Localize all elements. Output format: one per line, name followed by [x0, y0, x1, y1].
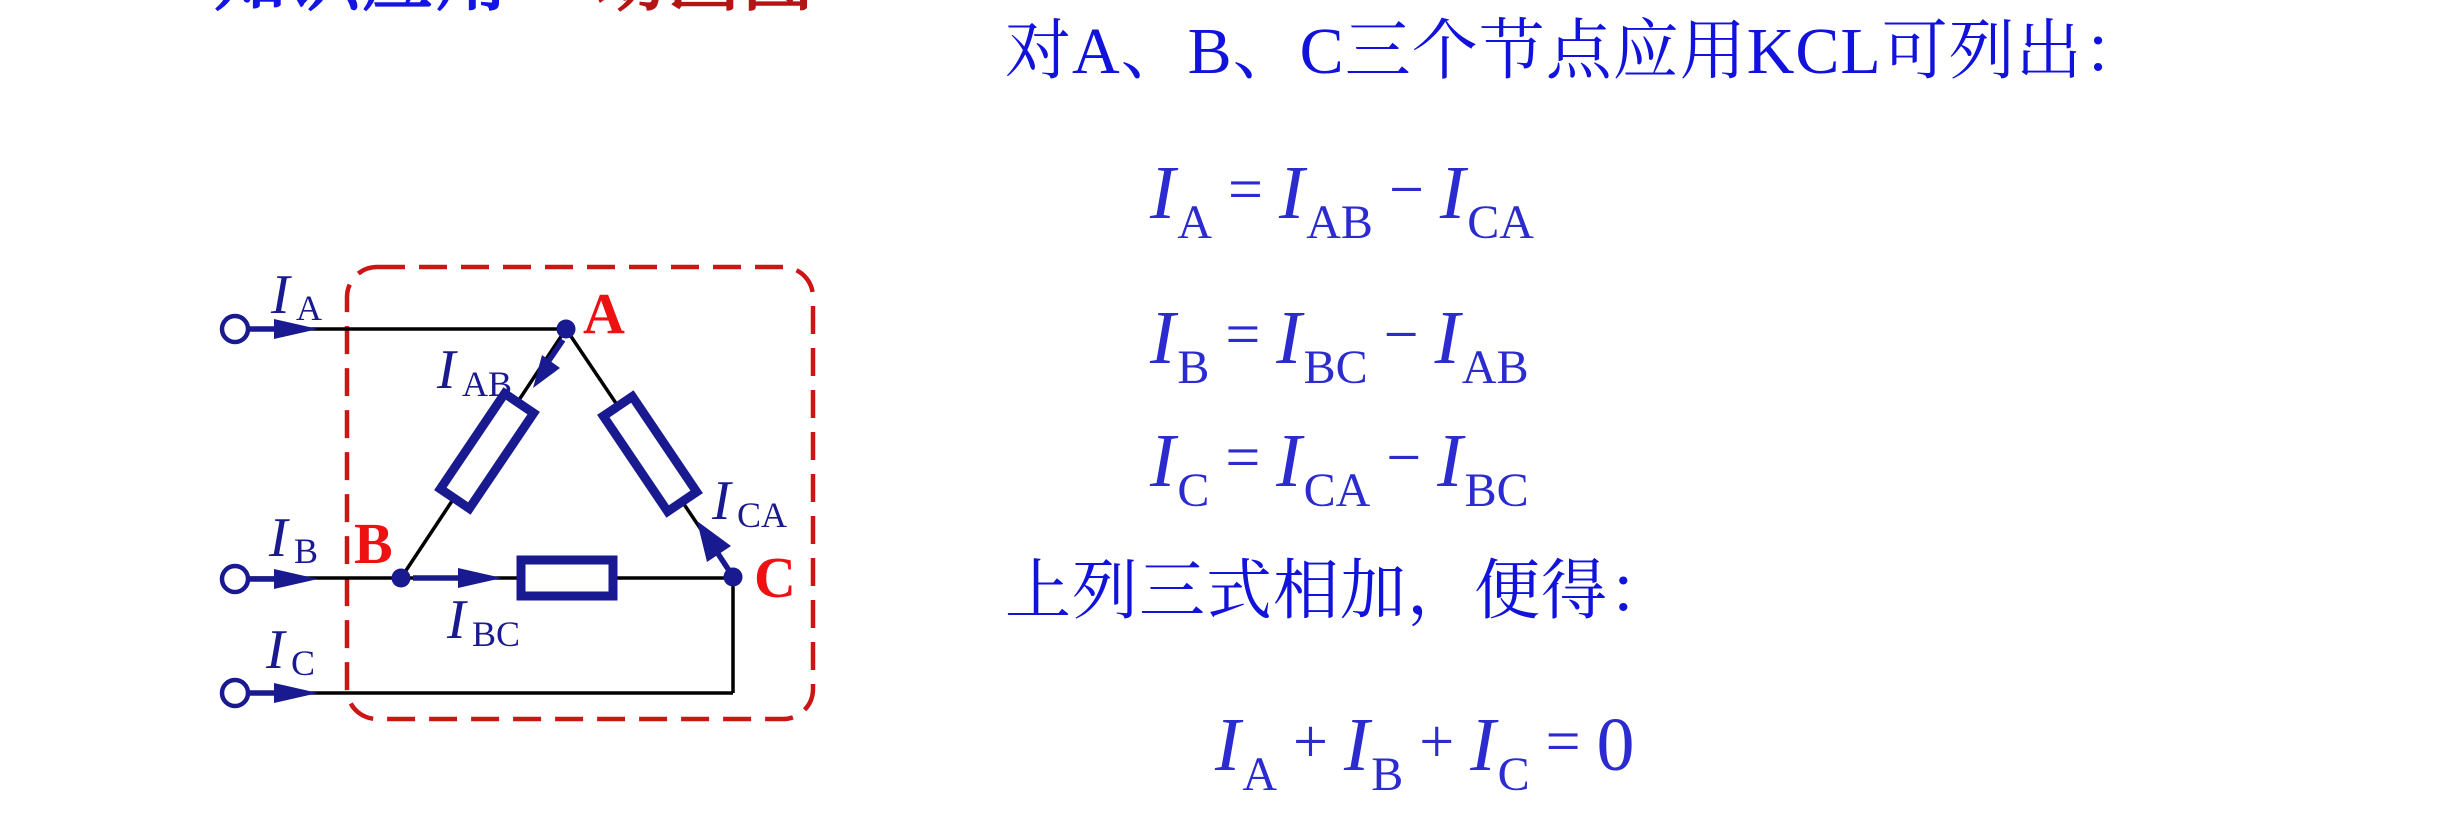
label-ib-sub: B — [294, 531, 318, 571]
eq2-i2: I — [1276, 295, 1301, 382]
sum-intro-text: 上列三式相加，便得： — [1005, 548, 1675, 635]
resistor-bc — [521, 560, 613, 596]
sum-s2: B — [1371, 747, 1403, 802]
sum-rhs: 0 — [1597, 702, 1635, 789]
kcl-intro-text: 对A、B、C三个节点应用KCL可列出： — [1005, 8, 2150, 95]
eq3-s2: CA — [1304, 463, 1371, 518]
eq1-s3: CA — [1467, 195, 1534, 250]
eq2-i1: I — [1150, 295, 1175, 382]
label-ic-sub: C — [291, 643, 315, 683]
sum-i3: I — [1470, 702, 1495, 789]
label-ic-base: I — [265, 619, 287, 681]
slide: 知识应用动画图 — [0, 0, 2448, 828]
eq1-op2: − — [1389, 155, 1424, 226]
eq3-i3: I — [1437, 418, 1462, 505]
eq2-op2: − — [1384, 300, 1419, 371]
page-title-text: 知识应用动画图 — [214, 0, 816, 16]
terminal-b — [222, 566, 248, 592]
page-title-red: 动画图 — [594, 0, 816, 17]
label-ibc-sub: BC — [472, 614, 520, 654]
kcl-equation-ic: IC=ICA−IBC — [1150, 418, 1529, 505]
label-ibc-base: I — [446, 589, 468, 651]
eq1-i1: I — [1150, 150, 1175, 237]
eq3-op2: − — [1386, 423, 1421, 494]
node-dot-c — [724, 568, 743, 587]
eq1-s1: A — [1177, 195, 1212, 250]
terminal-c — [222, 680, 248, 706]
eq3-op1: = — [1225, 423, 1260, 494]
delta-load-dashed-box — [347, 267, 813, 719]
label-iab-sub: AB — [462, 364, 512, 404]
label-ia-sub: A — [296, 288, 322, 328]
eq1-i2: I — [1279, 150, 1304, 237]
sum-i2: I — [1344, 702, 1369, 789]
kcl-sum-equation: IA+IB+IC=0 — [1215, 702, 1635, 789]
node-label-c: C — [754, 545, 796, 610]
sum-s1: A — [1242, 747, 1277, 802]
page-title: 知识应用动画图 — [0, 0, 1100, 17]
eq1-i3: I — [1440, 150, 1465, 237]
eq1-op1: = — [1228, 155, 1263, 226]
eq2-op1: = — [1225, 300, 1260, 371]
eq2-i3: I — [1435, 295, 1460, 382]
eq2-s2: BC — [1304, 340, 1368, 395]
eq2-s1: B — [1177, 340, 1209, 395]
sum-i1: I — [1215, 702, 1240, 789]
eq3-s1: C — [1177, 463, 1209, 518]
label-ica-sub: CA — [737, 495, 787, 535]
arrow-ic-head-icon — [274, 683, 318, 703]
page-title-blue: 知识应用 — [214, 0, 510, 17]
terminal-a — [222, 316, 248, 342]
resistor-ab — [440, 394, 533, 509]
label-ib-base: I — [268, 507, 290, 569]
delta-connection-circuit-diagram: I A I B I C I AB I BC I CA A B C — [195, 250, 845, 740]
resistor-ca — [603, 397, 696, 512]
node-dot-a — [557, 320, 576, 339]
arrow-ibc-head-icon — [458, 568, 502, 588]
node-label-a: A — [583, 281, 625, 346]
sum-op1: + — [1293, 707, 1328, 778]
sum-s3: C — [1498, 747, 1530, 802]
arrow-ib-head-icon — [274, 569, 318, 589]
sum-op2: + — [1419, 707, 1454, 778]
eq3-i1: I — [1150, 418, 1175, 505]
eq3-i2: I — [1276, 418, 1301, 505]
sum-op3: = — [1546, 707, 1581, 778]
eq1-s2: AB — [1306, 195, 1373, 250]
kcl-equation-ib: IB=IBC−IAB — [1150, 295, 1529, 382]
label-iab-base: I — [436, 339, 458, 401]
node-label-b: B — [354, 511, 393, 576]
node-dot-b — [392, 569, 411, 588]
eq3-s3: BC — [1465, 463, 1529, 518]
label-ia-base: I — [270, 264, 292, 326]
label-ica-base: I — [711, 470, 733, 532]
kcl-equation-ia: IA=IAB−ICA — [1150, 150, 1534, 237]
eq2-s3: AB — [1462, 340, 1529, 395]
